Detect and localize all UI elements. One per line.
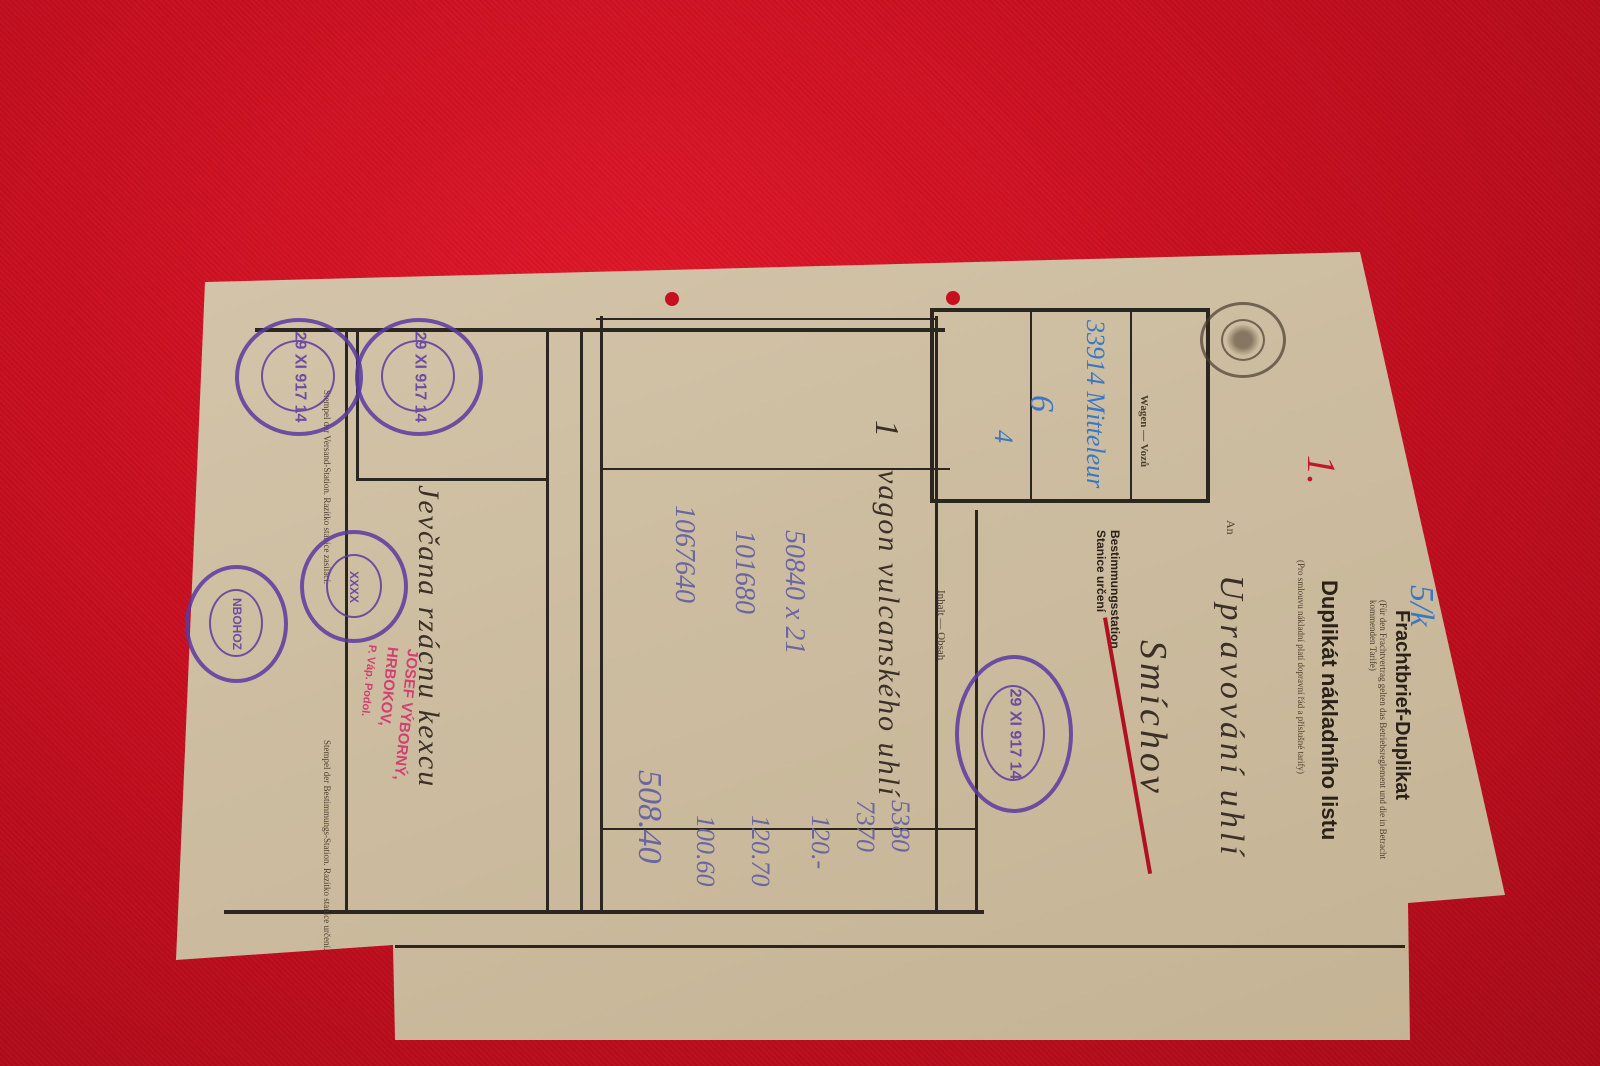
form-rule [356,478,546,481]
railway-stamp: 29 XI 917 14 [235,318,363,436]
punch-hole [946,291,960,305]
contents-description: vagon vulcanského uhlí [871,470,905,797]
pencil-total: 508.40 [630,770,668,864]
charge-2: 7370 [850,800,880,852]
form-rule [580,330,583,912]
railway-stamp: 29 XI 917 14 [355,318,483,436]
item-number: 1. [1298,455,1345,485]
railway-stamp: NBOHOZ [185,565,288,683]
railway-stamp: 29 XI 917 14 [955,655,1073,813]
form-rule [224,910,984,914]
subtitle-czech: (Pro smlouvu nákladní platí dopravní řád… [1296,560,1306,774]
form-rule [395,945,1405,948]
pencil-calc-1: 50840 x 21 [778,530,810,654]
charge-4: 120.70 [745,815,775,887]
recipient: Upravování uhlí [1212,575,1250,859]
subtitle-german: (Für den Frachtvertrag gelten das Betrie… [1368,600,1388,860]
contents-header: Inhalt — Obsah [935,590,947,660]
punch-hole [665,292,679,306]
pencil-calc-2: 101680 [728,530,760,614]
official-seal-icon [1200,302,1286,378]
wagon-box-rule [930,308,934,503]
form-rule [546,330,549,912]
title-german: Frachtbrief-Duplikat [1390,610,1413,800]
destination-label-de: Bestimmungsstation [1108,530,1122,649]
wagon-axles: 6 [1022,395,1060,412]
quantity: 1 [867,420,905,437]
wagon-header: Wagen — Vozů [1138,395,1150,467]
sender-line: Jevčana rzácnu kexcu [411,485,445,788]
handwritten-mark: 5/k [1402,585,1440,627]
wagon-box-rule [1130,308,1132,503]
destination-station: Smíchov [1131,640,1175,797]
railway-stamp: XXXX [300,530,408,643]
title-czech: Duplikát nákladního listu [1316,580,1342,840]
wagon-extra: 4 [988,430,1018,443]
wagon-box-rule [930,499,1210,503]
destination-label-cs: Stanice určení [1094,530,1108,612]
document-overlay: Frachtbrief-Duplikat (Für den Frachtvert… [0,0,1600,1066]
wagon-box-rule [930,308,1210,312]
charge-5: 100.60 [690,815,720,887]
form-rule [600,316,603,912]
wagon-number: 33914 Mitteleur [1080,320,1110,488]
form-rule [596,318,936,320]
charge-3: 120.- [805,815,835,869]
charge-1: 5380 [885,800,915,852]
pencil-calc-3: 1067640 [668,505,700,603]
an-label: An [1223,520,1238,535]
dest-station-stamp-label: Stempel der Bestimmungs-Station. Razítko… [322,740,332,950]
